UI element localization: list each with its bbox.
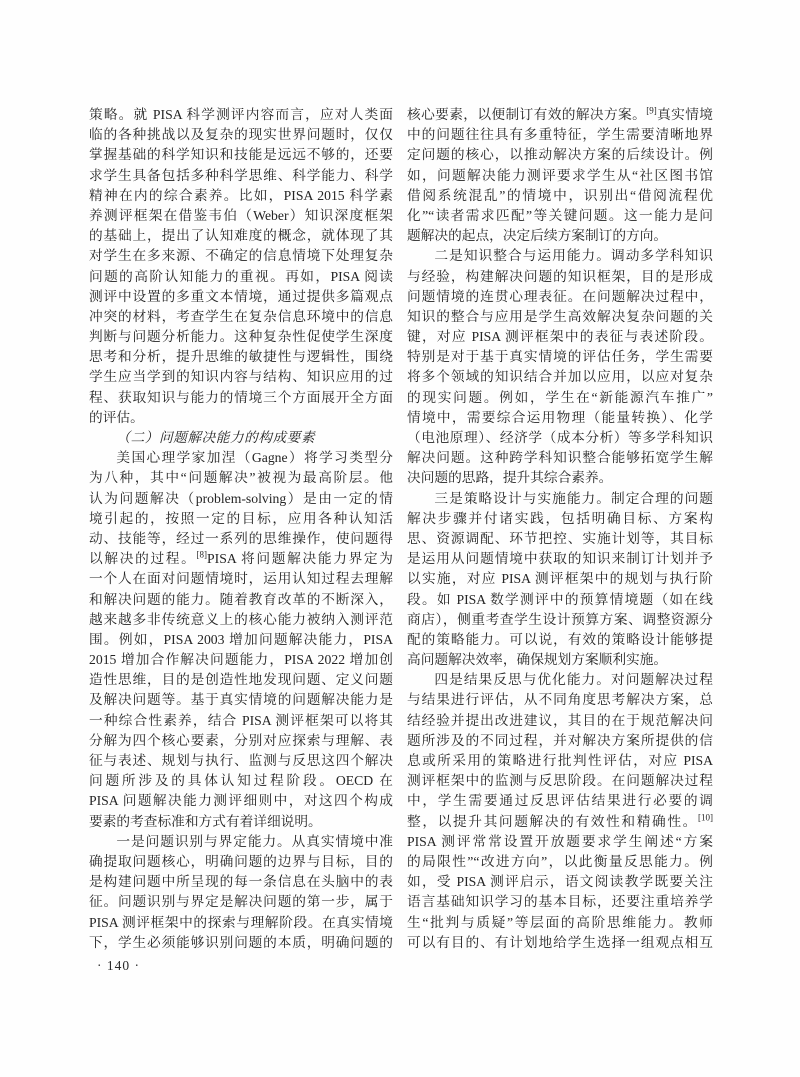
text-line: 语言基础知识学习的基本目标，还要注重培养学 bbox=[407, 892, 713, 912]
text-line: 以实施，对应 PISA 测评框架中的规划与执行阶 bbox=[407, 569, 713, 589]
text-line: 养测评框架在借鉴韦伯（Weber）知识深度框架 bbox=[89, 206, 393, 226]
text-line: 如，问题解决能力测评要求学生从“社区图书馆 bbox=[407, 166, 713, 186]
text-line: 美国心理学家加涅（Gagne）将学习类型分 bbox=[89, 448, 393, 468]
text-line: 高问题解决效率，确保规划方案顺利实施。 bbox=[407, 650, 713, 670]
footnote-ref: [10] bbox=[698, 812, 713, 822]
text-line: 测评框架中的监测与反思阶段。在问题解决过程 bbox=[407, 771, 713, 791]
text-line: 认为问题解决（problem-solving）是由一定的情 bbox=[89, 489, 393, 509]
text-line: 情境中，需要综合运用物理（能量转换）、化学 bbox=[407, 408, 713, 428]
text-line: 决问题的思路，提升其综合素养。 bbox=[407, 468, 713, 488]
text-line: 息或所采用的策略进行批判性评估，对应 PISA bbox=[407, 751, 713, 771]
section-heading: （二）问题解决能力的构成要素 bbox=[89, 428, 393, 448]
text-line: 特别是对于基于真实情境的评估任务，学生需要 bbox=[407, 347, 713, 367]
text-line: 段。如 PISA 数学测评中的预算情境题（如在线 bbox=[407, 590, 713, 610]
page-number: · 140 · bbox=[97, 958, 140, 974]
text-line: 三是策略设计与实施能力。制定合理的问题 bbox=[407, 489, 713, 509]
text-line: 以解决的过程。[8]PISA 将问题解决能力界定为 bbox=[89, 549, 393, 569]
text-line: 和解决问题的能力。随着教育改革的不断深入， bbox=[89, 590, 393, 610]
text-line: 的基础上，提出了认知难度的概念，就体现了其 bbox=[89, 226, 393, 246]
footnote-ref: [9] bbox=[646, 105, 657, 115]
text-line: 知识的整合与应用是学生高效解决复杂问题的关 bbox=[407, 307, 713, 327]
text-line: 征与表述、规划与执行、监测与反思这四个解决 bbox=[89, 751, 393, 771]
text-line: 临的各种挑战以及复杂的现实世界问题时，仅仅 bbox=[89, 125, 393, 145]
text-line: 如，受 PISA 测评启示，语文阅读教学既要关注 bbox=[407, 872, 713, 892]
text-line: 问题的高阶认知能力的重视。再如，PISA 阅读 bbox=[89, 267, 393, 287]
text-line: 造性思维，目的是创造性地发现问题、定义问题 bbox=[89, 670, 393, 690]
text-line: 越来越多非传统意义上的核心能力被纳入测评范 bbox=[89, 610, 393, 630]
text-line: 分解为四个核心要素，分别对应探索与理解、表 bbox=[89, 731, 393, 751]
text-line: 为八种，其中“问题解决”被视为最高阶层。他 bbox=[89, 468, 393, 488]
text-line: 结经验并提出改进建议，其目的在于规范解决问 bbox=[407, 711, 713, 731]
text-line: 一种综合性素养，结合 PISA 测评框架可以将其 bbox=[89, 711, 393, 731]
text-line: 策略。就 PISA 科学测评内容而言，应对人类面 bbox=[89, 105, 393, 125]
text-line: PISA 测评常常设置开放题要求学生阐述“方案 bbox=[407, 832, 713, 852]
text-line: 精神在内的综合素养。比如，PISA 2015 科学素 bbox=[89, 186, 393, 206]
text-line: 四是结果反思与优化能力。对问题解决过程 bbox=[407, 670, 713, 690]
text-line: 是构建问题中所呈现的每一条信息在头脑中的表 bbox=[89, 872, 393, 892]
text-line: 测评中设置的多重文本情境，通过提供多篇观点 bbox=[89, 287, 393, 307]
text-line: 的局限性”“改进方向”，以此衡量反思能力。例 bbox=[407, 852, 713, 872]
text-column-right: 核心要素，以便制订有效的解决方案。[9]真实情境中的问题往往具有多重特征，学生需… bbox=[407, 105, 713, 953]
text-line: 是运用从问题情境中获取的知识来制订计划并予 bbox=[407, 549, 713, 569]
text-line: 确提取问题核心，明确问题的边界与目标，目的 bbox=[89, 852, 393, 872]
text-line: 二是知识整合与运用能力。调动多学科知识 bbox=[407, 246, 713, 266]
text-line: 的评估。 bbox=[89, 408, 393, 428]
text-line: PISA 问题解决能力测评细则中，对这四个构成 bbox=[89, 791, 393, 811]
text-line: 问题所涉及的具体认知过程阶段。OECD 在 bbox=[89, 771, 393, 791]
text-line: 围。例如，PISA 2003 增加问题解决能力，PISA bbox=[89, 630, 393, 650]
text-line: 学生应当学到的知识内容与结构、知识应用的过 bbox=[89, 367, 393, 387]
text-line: 动、技能等，经过一系列的思维操作，使问题得 bbox=[89, 529, 393, 549]
text-line: 解决步骤并付诸实践，包括明确目标、方案构 bbox=[407, 509, 713, 529]
text-line: 与经验，构建解决问题的知识框架，目的是形成 bbox=[407, 267, 713, 287]
text-line: 征。问题识别与界定是解决问题的第一步，属于 bbox=[89, 892, 393, 912]
text-line: 及解决问题等。基于真实情境的问题解决能力是 bbox=[89, 690, 393, 710]
text-line: 题所涉及的不同过程，并对解决方案所提供的信 bbox=[407, 731, 713, 751]
text-column-left: 策略。就 PISA 科学测评内容而言，应对人类面临的各种挑战以及复杂的现实世界问… bbox=[89, 105, 393, 953]
text-line: 程、获取知识与能力的情境三个方面展开全方面 bbox=[89, 388, 393, 408]
text-line: 键，对应 PISA 测评框架中的表征与表述阶段。 bbox=[407, 327, 713, 347]
text-line: 要素的考查标准和方式有着详细说明。 bbox=[89, 812, 393, 832]
text-line: PISA 测评框架中的探索与理解阶段。在真实情境 bbox=[89, 913, 393, 933]
text-line: 思、资源调配、环节把控、实施计划等，其目标 bbox=[407, 529, 713, 549]
text-line: 将多个领域的知识结合并加以应用，以应对复杂 bbox=[407, 367, 713, 387]
text-line: 冲突的材料，考查学生在复杂信息环境中的信息 bbox=[89, 307, 393, 327]
document-page: 策略。就 PISA 科学测评内容而言，应对人类面临的各种挑战以及复杂的现实世界问… bbox=[0, 0, 800, 1077]
text-line: 化”“读者需求匹配”等关键问题。这一能力是问 bbox=[407, 206, 713, 226]
text-line: 可以有目的、有计划地给学生选择一组观点相互 bbox=[407, 933, 713, 953]
footnote-ref: [8] bbox=[197, 550, 208, 560]
text-line: 与结果进行评估，从不同角度思考解决方案，总 bbox=[407, 690, 713, 710]
text-line: 中的问题往往具有多重特征，学生需要清晰地界 bbox=[407, 125, 713, 145]
text-line: 核心要素，以便制订有效的解决方案。[9]真实情境 bbox=[407, 105, 713, 125]
text-line: 配的策略能力。可以说，有效的策略设计能够提 bbox=[407, 630, 713, 650]
text-line: 2015 增加合作解决问题能力，PISA 2022 增加创 bbox=[89, 650, 393, 670]
text-line: 商店），侧重考查学生设计预算方案、调整资源分 bbox=[407, 610, 713, 630]
text-line: 境引起的，按照一定的目标，应用各种认知活 bbox=[89, 509, 393, 529]
text-line: 解决问题。这种跨学科知识整合能够拓宽学生解 bbox=[407, 448, 713, 468]
text-line: 定问题的核心，以推动解决方案的后续设计。例 bbox=[407, 145, 713, 165]
text-line: 一是问题识别与界定能力。从真实情境中准 bbox=[89, 832, 393, 852]
text-line: 借阅系统混乱”的情境中，识别出“借阅流程优 bbox=[407, 186, 713, 206]
text-line: 下，学生必须能够识别问题的本质，明确问题的 bbox=[89, 933, 393, 953]
text-line: 中，学生需要通过反思评估结果进行必要的调 bbox=[407, 791, 713, 811]
text-line: 求学生具备包括多种科学思维、科学能力、科学 bbox=[89, 166, 393, 186]
text-line: 思考和分析，提升思维的敏捷性与逻辑性，围绕 bbox=[89, 347, 393, 367]
text-line: 问题情境的连贯心理表征。在问题解决过程中， bbox=[407, 287, 713, 307]
text-line: 掌握基础的科学知识和技能是远远不够的，还要 bbox=[89, 145, 393, 165]
text-line: 的现实问题。例如，学生在“新能源汽车推广” bbox=[407, 388, 713, 408]
text-line: 判断与问题分析能力。这种复杂性促使学生深度 bbox=[89, 327, 393, 347]
text-line: 生“批判与质疑”等层面的高阶思维能力。教师 bbox=[407, 913, 713, 933]
text-line: （电池原理）、经济学（成本分析）等多学科知识 bbox=[407, 428, 713, 448]
text-line: 对学生在多来源、不确定的信息情境下处理复杂 bbox=[89, 246, 393, 266]
text-line: 一个人在面对问题情境时，运用认知过程去理解 bbox=[89, 569, 393, 589]
text-line: 整，以提升其问题解决的有效性和精确性。[10] bbox=[407, 812, 713, 832]
text-line: 题解决的起点，决定后续方案制订的方向。 bbox=[407, 226, 713, 246]
